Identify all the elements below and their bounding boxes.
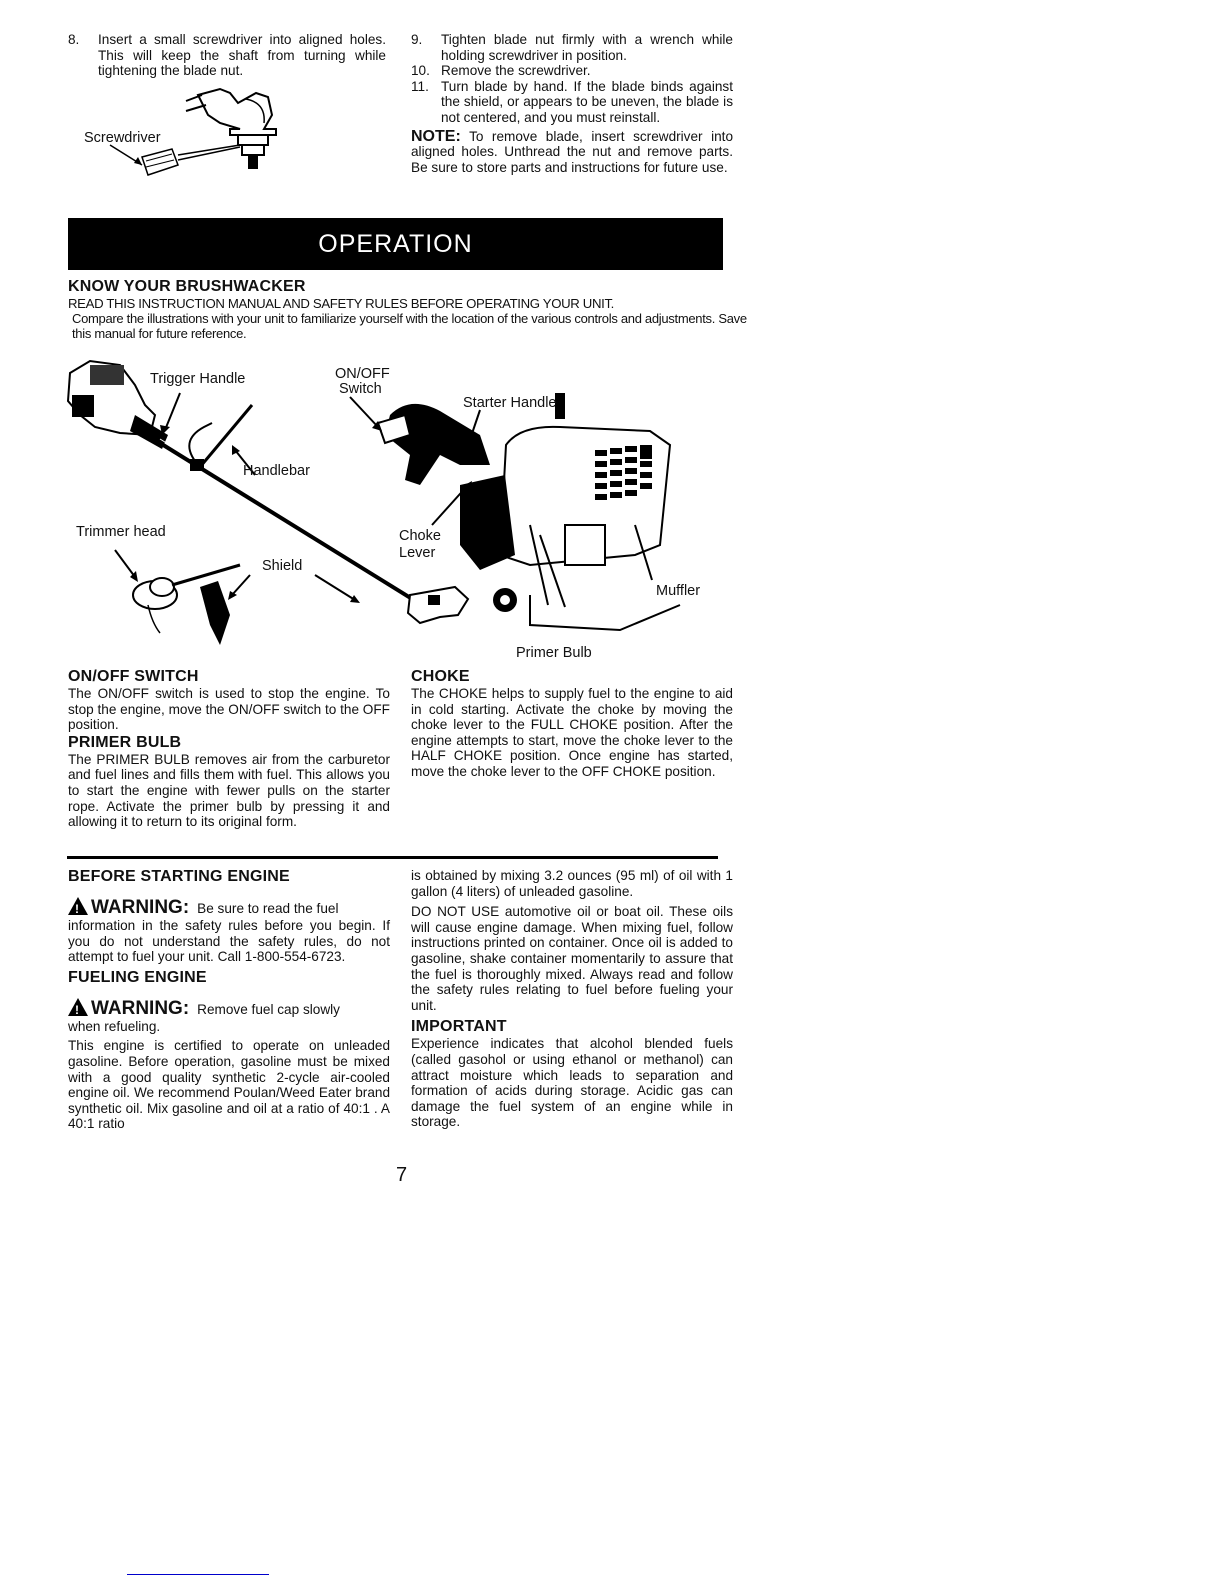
label-muffler: Muffler [656, 583, 700, 599]
do-not-use-paragraph: DO NOT USE automotive oil or boat oil. T… [411, 904, 733, 1013]
label-shield: Shield [262, 558, 302, 574]
important-heading: IMPORTANT [411, 1018, 733, 1036]
banner-title: OPERATION [318, 230, 472, 259]
label-onoff-line2: Switch [339, 381, 382, 397]
label-primer-bulb: Primer Bulb [516, 645, 592, 661]
primer-text: The PRIMER BULB removes air from the car… [68, 752, 390, 830]
step-9: 9. Tighten blade nut firmly with a wrenc… [411, 32, 733, 63]
primer-heading: PRIMER BULB [68, 734, 390, 752]
label-onoff-line1: ON/OFF [335, 366, 390, 382]
fuel-mix-section: is obtained by mixing 3.2 ounces (95 ml)… [411, 868, 733, 1130]
label-handlebar: Handlebar [243, 463, 310, 479]
before-starting-heading: BEFORE STARTING ENGINE [68, 868, 390, 886]
step-number: 8. [68, 32, 98, 79]
fuel-warning-lead: Remove fuel cap slowly [197, 1001, 340, 1019]
label-choke-line2: Lever [399, 545, 435, 561]
page-number: 7 [396, 1164, 407, 1187]
steps-9-11: 9. Tighten blade nut firmly with a wrenc… [411, 32, 733, 175]
screwdriver-label: Screwdriver [84, 130, 161, 146]
before-starting-section: BEFORE STARTING ENGINE WARNING: Be sure … [68, 868, 390, 1132]
label-choke-line1: Choke [399, 528, 441, 544]
step-11: 11. Turn blade by hand. If the blade bin… [411, 79, 733, 126]
note-label: NOTE: [411, 128, 461, 145]
step-text: Remove the screwdriver. [441, 63, 733, 79]
fuel-warning-label: WARNING: [91, 1000, 189, 1018]
fueling-heading: FUELING ENGINE [68, 969, 390, 987]
choke-text: The CHOKE helps to supply fuel to the en… [411, 686, 733, 780]
step-number: 9. [411, 32, 441, 63]
choke-section: CHOKE The CHOKE helps to supply fuel to … [411, 668, 733, 780]
onoff-text: The ON/OFF switch is used to stop the en… [68, 686, 390, 733]
warning-triangle-icon [68, 998, 88, 1016]
step-number: 11. [411, 79, 441, 126]
note-paragraph: NOTE: To remove blade, insert screwdrive… [411, 129, 733, 176]
step-text: Turn blade by hand. If the blade binds a… [441, 79, 733, 126]
mix-paragraph: is obtained by mixing 3.2 ounces (95 ml)… [411, 868, 733, 899]
onoff-primer-section: ON/OFF SWITCH The ON/OFF switch is used … [68, 668, 390, 830]
know-line1: READ THIS INSTRUCTION MANUAL AND SAFETY … [68, 296, 758, 311]
trimmer-diagram-icon [60, 355, 740, 655]
step-text: Tighten blade nut firmly with a wrench w… [441, 32, 733, 63]
warning-rest: information in the safety rules before y… [68, 918, 390, 965]
blue-underline [127, 1574, 269, 1575]
warning-lead: Be sure to read the fuel [197, 900, 338, 918]
fuel-warning-rest: when refueling. [68, 1019, 390, 1035]
fueling-paragraph: This engine is certified to operate on u… [68, 1038, 390, 1132]
know-line2: Compare the illustrations with your unit… [68, 311, 758, 341]
warning-label: WARNING: [91, 899, 189, 917]
step-number: 10. [411, 63, 441, 79]
know-heading: KNOW YOUR BRUSHWACKER [68, 278, 758, 296]
know-section: KNOW YOUR BRUSHWACKER READ THIS INSTRUCT… [68, 278, 758, 341]
warning-triangle-icon [68, 897, 88, 915]
important-text: Experience indicates that alcohol blende… [411, 1036, 733, 1130]
operation-banner: OPERATION [68, 218, 723, 270]
section-divider [67, 856, 718, 859]
step-8: 8. Insert a small screwdriver into align… [68, 32, 386, 79]
step-10: 10. Remove the screwdriver. [411, 63, 733, 79]
step-text: Insert a small screwdriver into aligned … [98, 32, 386, 79]
label-trigger-handle: Trigger Handle [150, 371, 245, 387]
trimmer-illustration [60, 355, 740, 655]
choke-heading: CHOKE [411, 668, 733, 686]
onoff-heading: ON/OFF SWITCH [68, 668, 390, 686]
fuel-warning-line: WARNING: Remove fuel cap slowly [68, 996, 390, 1019]
label-starter-handle: Starter Handle [463, 395, 557, 411]
label-trimmer-head: Trimmer head [76, 524, 166, 540]
warning-line: WARNING: Be sure to read the fuel [68, 895, 390, 918]
